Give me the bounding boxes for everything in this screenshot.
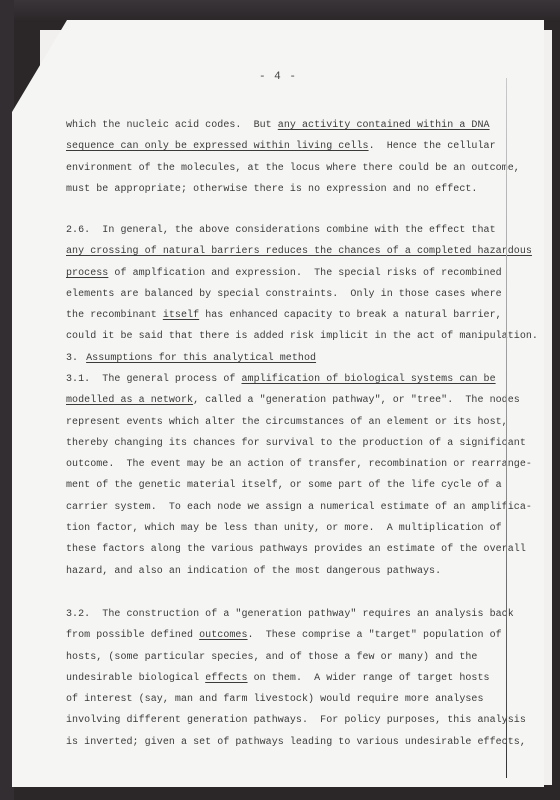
paragraph-2-6: 2.6. In general, the above consideration… — [66, 220, 506, 348]
text-segment: of amplfication and expression. The spec… — [108, 268, 501, 279]
text-segment: elements are balanced by special constra… — [66, 289, 502, 300]
underlined-text: effects — [205, 673, 247, 684]
underlined-text: itself — [163, 310, 199, 321]
text-segment: 3.1. The general process of — [66, 374, 241, 385]
text-segment: hosts, (some particular species, and of … — [66, 652, 477, 663]
text-segment: from possible defined — [66, 630, 199, 641]
text-segment: must be appropriate; otherwise there is … — [66, 184, 477, 195]
text-line: could it be said that there is added ris… — [66, 326, 506, 347]
text-line: which the nucleic acid codes. But any ac… — [66, 115, 506, 136]
paragraph-continuation: which the nucleic acid codes. But any ac… — [66, 115, 506, 200]
text-line: ment of the genetic material itself, or … — [66, 475, 506, 496]
text-line: involving different generation pathways.… — [66, 710, 506, 731]
text-segment: is inverted; given a set of pathways lea… — [66, 737, 526, 748]
text-line: these factors along the various pathways… — [66, 539, 506, 560]
section-3-heading: 3.Assumptions for this analytical method — [66, 348, 506, 369]
text-segment: tion factor, which may be less than unit… — [66, 523, 502, 534]
text-segment: undesirable biological — [66, 673, 205, 684]
text-line: outcome. The event may be an action of t… — [66, 454, 506, 475]
scan-background-top — [0, 0, 560, 22]
text-line: sequence can only be expressed within li… — [66, 136, 506, 157]
underlined-text: amplification of biological systems can … — [241, 374, 495, 385]
text-line: represent events which alter the circums… — [66, 412, 506, 433]
text-line: 3.2. The construction of a "generation p… — [66, 604, 506, 625]
text-line: elements are balanced by special constra… — [66, 284, 506, 305]
text-line: environment of the molecules, at the loc… — [66, 158, 506, 179]
text-line: modelled as a network, called a "generat… — [66, 390, 506, 411]
page-number: - 4 - — [12, 71, 544, 83]
text-segment: ment of the genetic material itself, or … — [66, 480, 502, 491]
section-title: Assumptions for this analytical method — [86, 353, 316, 364]
text-line: the recombinant itself has enhanced capa… — [66, 305, 506, 326]
text-segment: 3.2. The construction of a "generation p… — [66, 609, 514, 620]
section-number: 3. — [66, 353, 78, 364]
underlined-text: any activity contained within a DNA — [278, 120, 490, 131]
scan-background-left — [0, 0, 14, 800]
text-line: of interest (say, man and farm livestock… — [66, 689, 506, 710]
text-segment: involving different generation pathways.… — [66, 715, 526, 726]
text-line: any crossing of natural barriers reduces… — [66, 241, 506, 262]
text-segment: which the nucleic acid codes. But — [66, 120, 278, 131]
text-segment: on them. A wider range of target hosts — [248, 673, 490, 684]
text-segment: . Hence the cellular — [369, 141, 496, 152]
text-segment: . These comprise a "target" population o… — [248, 630, 502, 641]
text-segment: represent events which alter the circums… — [66, 417, 508, 428]
text-segment: these factors along the various pathways… — [66, 544, 526, 555]
underlined-text: modelled as a network — [66, 395, 193, 406]
underlined-text: sequence can only be expressed within li… — [66, 141, 369, 152]
text-segment: of interest (say, man and farm livestock… — [66, 694, 484, 705]
text-segment: environment of the molecules, at the loc… — [66, 163, 520, 174]
page-edge-shadow — [506, 78, 507, 778]
text-line: undesirable biological effects on them. … — [66, 668, 506, 689]
paragraph-3-1: 3.1. The general process of amplificatio… — [66, 369, 506, 582]
text-segment: thereby changing its chances for surviva… — [66, 438, 526, 449]
text-line: hosts, (some particular species, and of … — [66, 647, 506, 668]
underlined-text: process — [66, 268, 108, 279]
text-segment: carrier system. To each node we assign a… — [66, 502, 532, 513]
text-segment: outcome. The event may be an action of t… — [66, 459, 532, 470]
paragraph-3-2: 3.2. The construction of a "generation p… — [66, 604, 506, 753]
text-line: is inverted; given a set of pathways lea… — [66, 732, 506, 753]
text-line: hazard, and also an indication of the mo… — [66, 561, 506, 582]
text-line: carrier system. To each node we assign a… — [66, 497, 506, 518]
document-page: - 4 - which the nucleic acid codes. But … — [12, 20, 544, 787]
text-line: process of amplfication and expression. … — [66, 263, 506, 284]
text-segment: 2.6. In general, the above consideration… — [66, 225, 496, 236]
text-line: 2.6. In general, the above consideration… — [66, 220, 506, 241]
text-line: thereby changing its chances for surviva… — [66, 433, 506, 454]
underlined-text: any crossing of natural barriers reduces… — [66, 246, 532, 257]
underlined-text: outcomes — [199, 630, 247, 641]
text-segment: hazard, and also an indication of the mo… — [66, 566, 441, 577]
text-line: tion factor, which may be less than unit… — [66, 518, 506, 539]
text-segment: has enhanced capacity to break a natural… — [199, 310, 502, 321]
text-line: must be appropriate; otherwise there is … — [66, 179, 506, 200]
text-line: from possible defined outcomes. These co… — [66, 625, 506, 646]
text-line: 3.1. The general process of amplificatio… — [66, 369, 506, 390]
text-segment: could it be said that there is added ris… — [66, 331, 538, 342]
text-segment: the recombinant — [66, 310, 163, 321]
text-segment: , called a "generation pathway", or "tre… — [193, 395, 520, 406]
